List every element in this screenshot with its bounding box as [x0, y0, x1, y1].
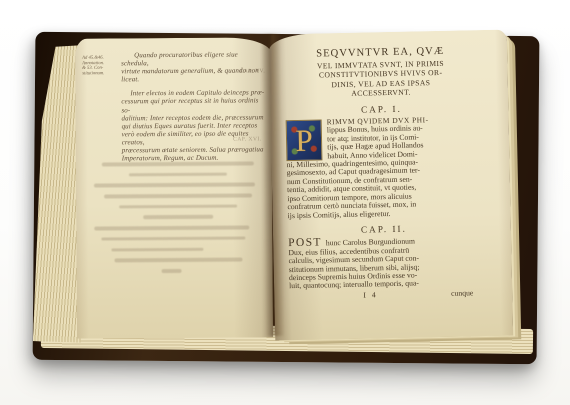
- catchword: cunque: [451, 289, 473, 298]
- chapter-2-lines: Dux, eius filius, accedentibus confratrū…: [288, 245, 481, 291]
- book-photograph: Ad 45.&46. Annotation. & 53. Con- stitut…: [0, 0, 570, 405]
- illuminated-initial: P: [286, 119, 323, 161]
- chapter-2-paragraph: POST hunc Carolus Burgundionum Dux, eius…: [288, 235, 481, 290]
- open-book: Ad 45.&46. Annotation. & 53. Con- stitut…: [32, 20, 544, 372]
- left-page: Ad 45.&46. Annotation. & 53. Con- stitut…: [75, 37, 273, 338]
- signature-mark: I 4: [363, 291, 378, 300]
- chapter-ref-xvi: CAP. XVI.: [233, 135, 262, 143]
- margin-note: Ad 45.&46. Annotation. & 53. Con- stitut…: [82, 55, 113, 76]
- left-page-text: Quando procuratoribus eligere siue sched…: [121, 50, 268, 162]
- chapter-1-full-lines: ni, Millesimo, quadringentesimo, quinqua…: [286, 157, 479, 220]
- right-page-text: SEQVVNTVR EA, QVÆ VEL IMMVTATA SVNT, IN …: [284, 45, 481, 301]
- signature-row: I 4 cunque: [289, 289, 481, 301]
- chapter-1-paragraph: P RIMVM QVIDEM DVX PHI- lippus Bonus, hu…: [286, 115, 480, 220]
- ink-showthrough: [94, 161, 263, 281]
- chapter-1-heading: CAP. I.: [285, 103, 477, 115]
- right-page: SEQVVNTVR EA, QVÆ VEL IMMVTATA SVNT, IN …: [269, 30, 513, 341]
- chapter-ref-xv: CAP. XV.: [240, 67, 266, 75]
- section-heading: SEQVVNTVR EA, QVÆ VEL IMMVTATA SVNT, IN …: [284, 45, 477, 100]
- chapter-1-indented-lines: lippus Bonus, huius ordinis au- tor atq;…: [327, 124, 479, 161]
- drop-cap-letter: P: [295, 123, 313, 158]
- heading-rest: VEL IMMVTATA SVNT, IN PRIMIS CONSTITVTIO…: [284, 58, 477, 100]
- chapter-2-heading: CAP. II.: [288, 223, 480, 235]
- left-paragraph-2: Inter electos in eodem Capitulo deinceps…: [121, 89, 268, 163]
